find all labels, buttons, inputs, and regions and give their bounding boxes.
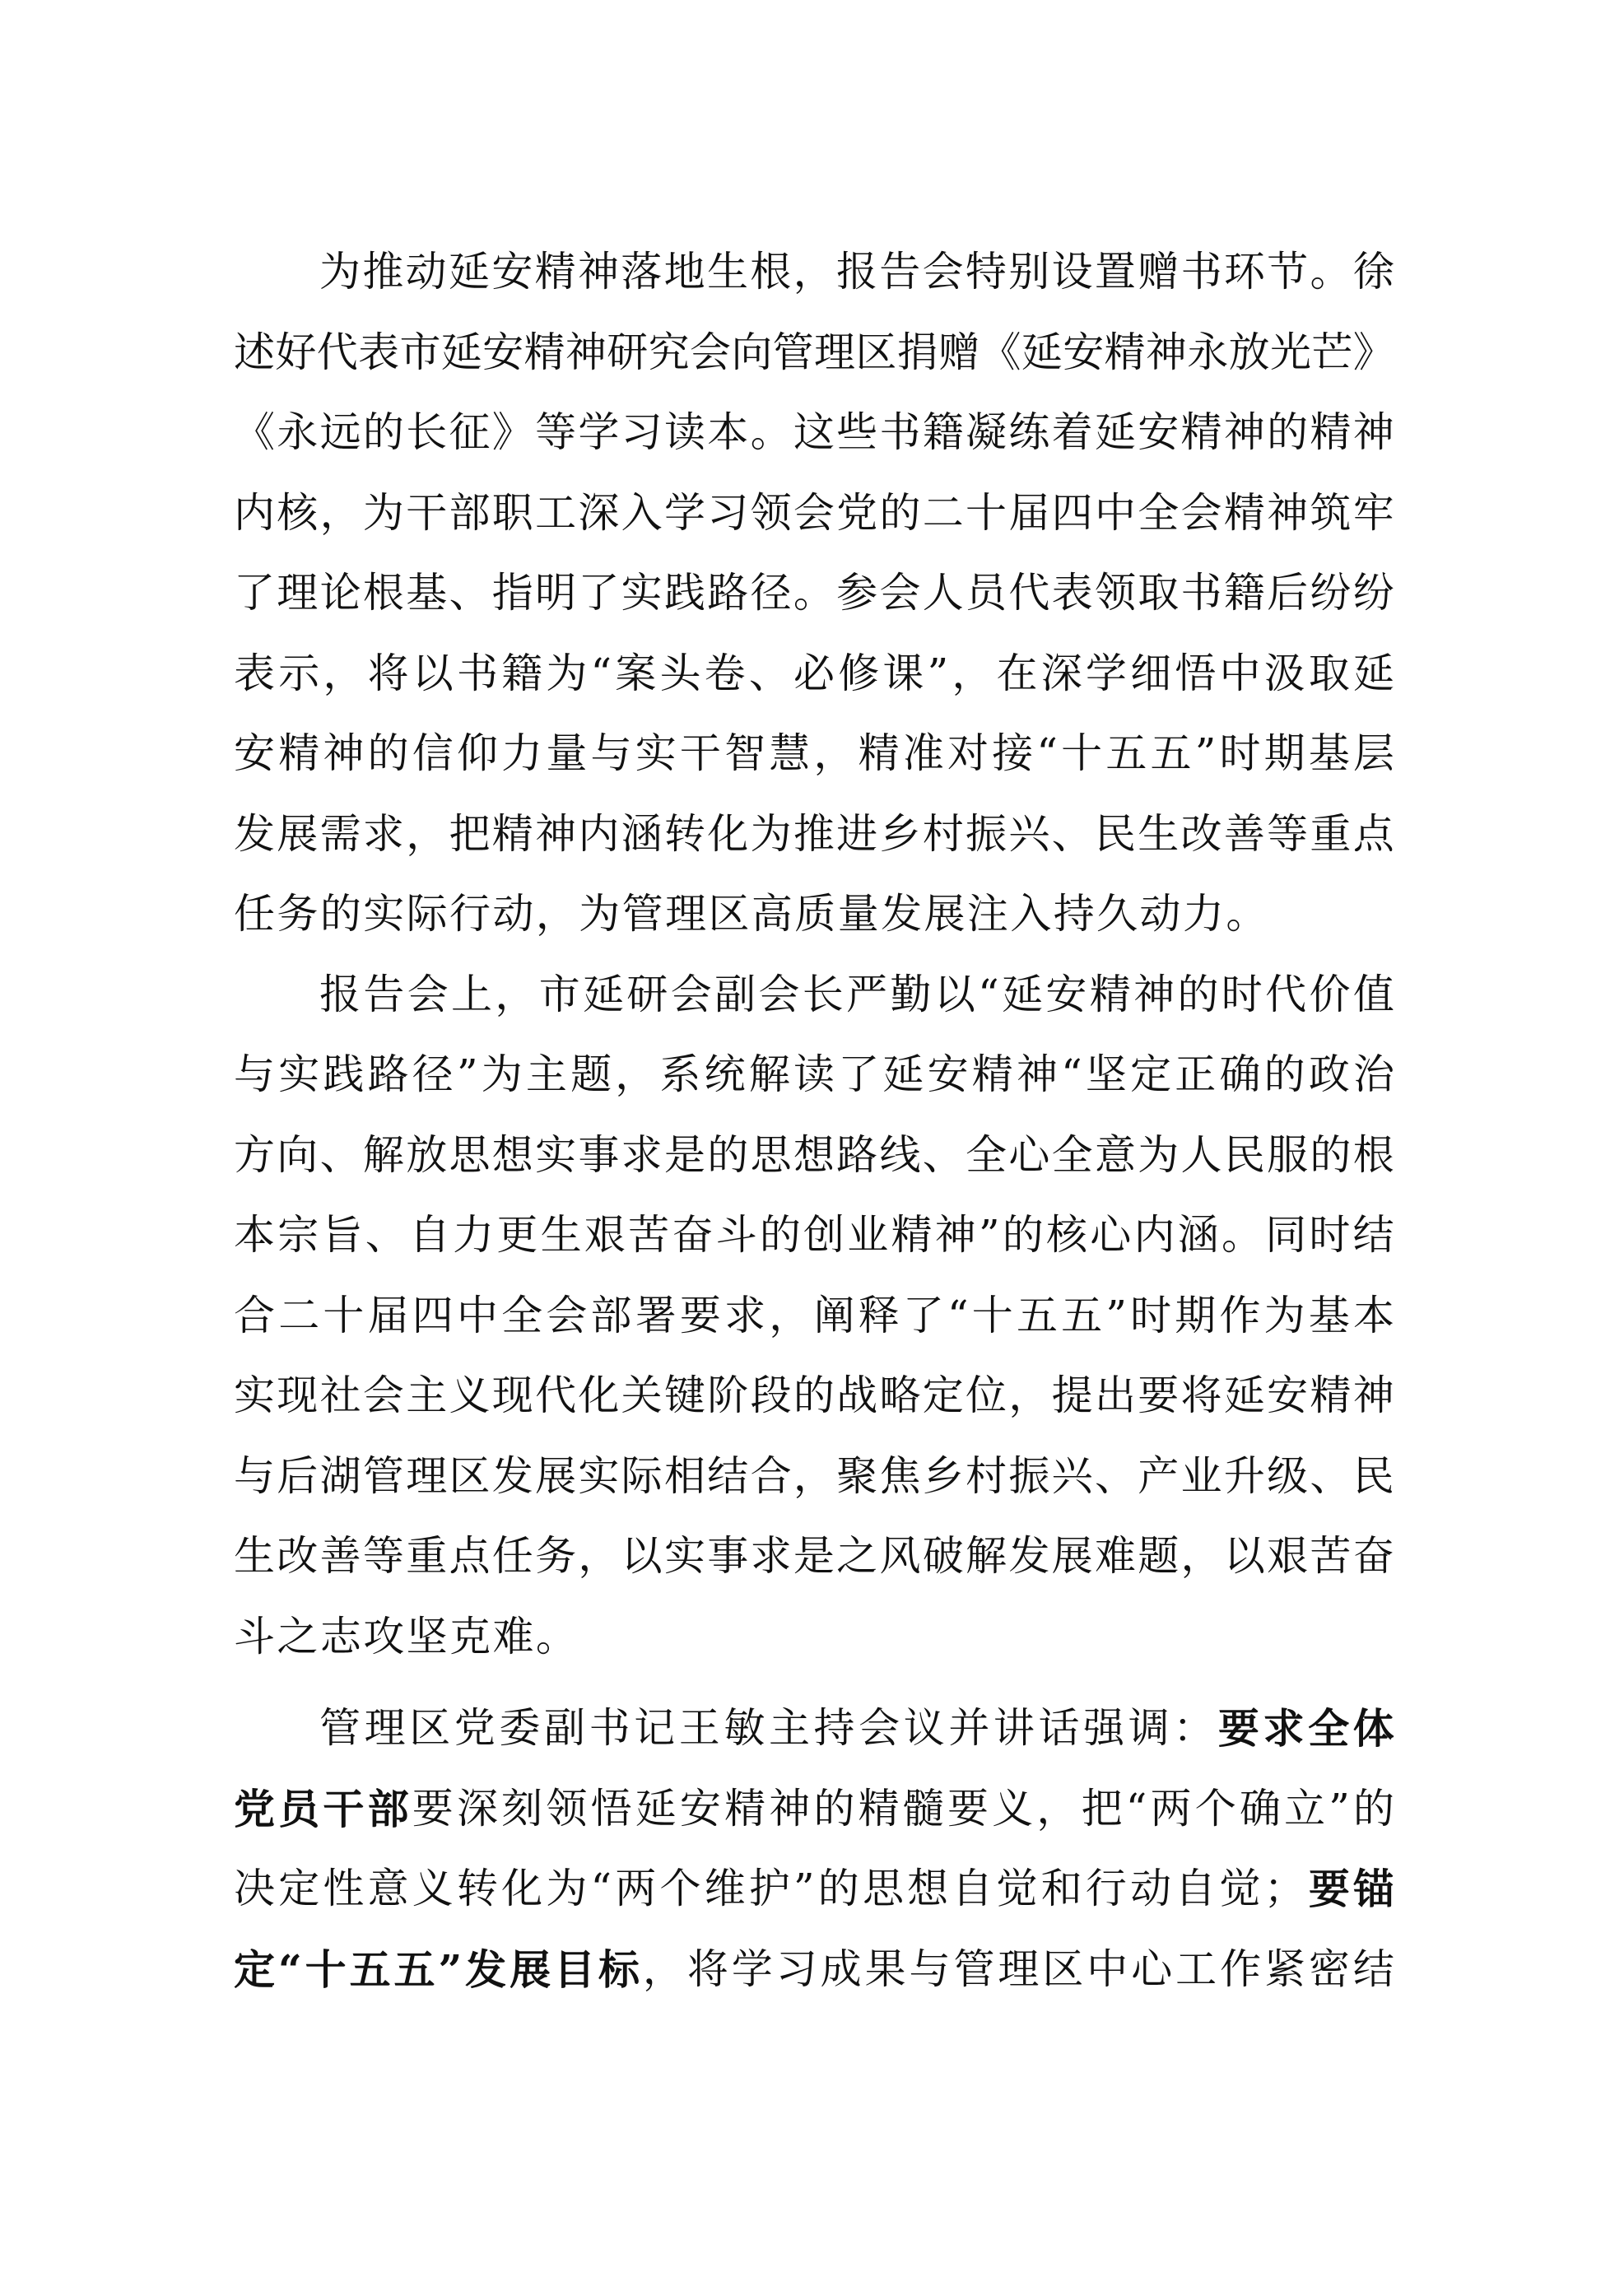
text-char: 焦 — [879, 1437, 920, 1517]
text-char: 的 — [793, 1356, 835, 1437]
text-char: 论 — [320, 553, 361, 634]
text-line: 为推动延安精神落地生根，报告会特别设置赠书环节。徐 — [234, 232, 1394, 313]
text-char: 高 — [752, 874, 794, 955]
text-char: 管 — [319, 1688, 361, 1769]
text-char: 思 — [751, 1115, 792, 1196]
text-char: 同 — [1265, 1195, 1306, 1276]
text-char: 永 — [277, 393, 318, 473]
text-char: 全 — [966, 1115, 1007, 1196]
text-char: 核 — [1046, 1195, 1087, 1276]
text-char: 坚 — [1086, 1035, 1127, 1115]
text-char: 解 — [363, 1115, 404, 1196]
text-char: 解 — [749, 1035, 790, 1115]
text-char: 义 — [412, 1849, 454, 1930]
text-char: 破 — [923, 1516, 964, 1597]
text-char: 的 — [1353, 1769, 1394, 1850]
text-char: 径 — [412, 1035, 454, 1115]
text-char: 战 — [836, 1356, 877, 1437]
bold-text-char: 十 — [305, 1930, 347, 2010]
text-char: 把 — [1082, 1769, 1123, 1850]
text-char: 力 — [501, 714, 542, 794]
text-char: 赠 — [1138, 232, 1179, 313]
text-char: 精 — [535, 232, 576, 313]
text-char: 求 — [621, 1115, 663, 1196]
text-char: 市 — [539, 955, 580, 1036]
text-char: 解 — [966, 1516, 1007, 1597]
text-line: 斗之志攻坚克难。 — [234, 1597, 1394, 1678]
text-char: 悟 — [1175, 634, 1216, 715]
text-char: 入 — [1010, 874, 1053, 955]
text-char: 转 — [664, 794, 705, 875]
bold-text-char: ” — [438, 1930, 462, 2010]
text-char: 之 — [836, 1516, 877, 1597]
text-char: 等 — [535, 393, 576, 473]
text-char: 理 — [365, 1688, 406, 1769]
text-char: 径 — [751, 553, 792, 634]
text-char: 四 — [1052, 473, 1093, 554]
text-char: 二 — [923, 473, 964, 554]
text-char: 的 — [320, 874, 363, 955]
text-char: 乡 — [923, 1437, 964, 1517]
text-char: 。 — [1221, 1195, 1263, 1276]
text-char: 定 — [1130, 1035, 1171, 1115]
text-char: 为 — [546, 1849, 587, 1930]
text-char: 结 — [1353, 1195, 1394, 1276]
text-char: 读 — [793, 1035, 835, 1115]
text-char: 点 — [1353, 794, 1394, 875]
text-char: 的 — [879, 473, 920, 554]
text-char: 心 — [1090, 1195, 1131, 1276]
text-char: 、 — [923, 1115, 964, 1196]
text-char: 和 — [1041, 1849, 1082, 1930]
text-char: 觉 — [997, 1849, 1038, 1930]
text-char: 期 — [1175, 1276, 1216, 1357]
text-char: 实 — [363, 874, 406, 955]
text-char: ， — [578, 1516, 619, 1597]
text-char: 根 — [750, 232, 791, 313]
text-char: 延 — [1353, 634, 1394, 715]
text-char: 求 — [751, 1516, 792, 1597]
document-body: 为推动延安精神落地生根，报告会特别设置赠书环节。徐述好代表市延安精神研究会向管理… — [234, 232, 1394, 2010]
text-char: 捐 — [897, 313, 938, 394]
text-char: 与 — [234, 1035, 275, 1115]
text-char: 力 — [1183, 874, 1226, 955]
text-char: 的 — [707, 1115, 748, 1196]
text-char: 旨 — [321, 1195, 362, 1276]
text-char: ” — [928, 634, 949, 715]
text-char: 聚 — [836, 1437, 877, 1517]
text-char: 长 — [406, 393, 447, 473]
text-line: 《永远的长征》等学习读本。这些书籍凝练着延安精神的精神 — [234, 393, 1394, 473]
text-char: 着 — [1052, 393, 1093, 473]
bold-text-char: 五 — [350, 1930, 391, 2010]
text-char: 。 — [536, 1597, 579, 1678]
text-line: 决定性意义转化为“两个维护”的思想自觉和行动自觉；要锚 — [234, 1849, 1394, 1930]
text-char: 安 — [680, 1769, 721, 1850]
text-char: 密 — [1309, 1930, 1350, 2010]
text-char: 修 — [838, 634, 879, 715]
text-char: 党 — [454, 1688, 496, 1769]
text-char: 内 — [1133, 1195, 1175, 1276]
text-char: 实 — [664, 1516, 705, 1597]
text-char: “ — [978, 955, 999, 1036]
text-char: 义 — [449, 1356, 490, 1437]
text-char: 些 — [836, 393, 877, 473]
text-char: 王 — [679, 1688, 720, 1769]
text-char: 以 — [412, 634, 454, 715]
text-char: 仰 — [457, 714, 498, 794]
text-char: 进 — [836, 794, 877, 875]
text-char: 服 — [1267, 1115, 1308, 1196]
text-char: 了 — [903, 1276, 944, 1357]
text-char: 籍 — [923, 393, 964, 473]
text-char: 实 — [234, 1356, 275, 1437]
text-char: 本 — [1353, 1276, 1394, 1357]
text-char: 会 — [923, 232, 964, 313]
text-char: ” — [1195, 714, 1217, 794]
text-char: 成 — [821, 1930, 862, 2010]
text-line: 述好代表市延安精神研究会向管理区捐赠《延安精神永放光芒》 — [234, 313, 1394, 394]
text-line: 安精神的信仰力量与实干智慧，精准对接“十五五”时期基层 — [234, 714, 1394, 794]
text-char: 神 — [1017, 1035, 1058, 1115]
text-char: 定 — [278, 1849, 319, 1930]
text-char: 五 — [1061, 1276, 1102, 1357]
text-char: 价 — [1309, 955, 1350, 1036]
text-char: 代 — [535, 1356, 576, 1437]
text-char: 主 — [769, 1688, 810, 1769]
text-char: 基 — [1309, 1276, 1350, 1357]
text-char: 书 — [589, 1688, 631, 1769]
text-char: 、 — [749, 634, 790, 715]
text-char: 会 — [407, 955, 449, 1036]
text-char: 精 — [859, 1769, 900, 1850]
text-char: 悟 — [591, 1769, 632, 1850]
text-char: 动 — [1140, 874, 1183, 955]
text-char: 》 — [492, 393, 533, 473]
text-char: 报 — [836, 232, 877, 313]
text-char: ， — [1036, 1769, 1077, 1850]
text-char: 十 — [966, 473, 1007, 554]
text-char: 作 — [1220, 1930, 1261, 2010]
text-char: 、 — [449, 553, 490, 634]
text-char: 读 — [664, 393, 705, 473]
text-char: 上 — [451, 955, 492, 1036]
text-char: 性 — [323, 1849, 364, 1930]
text-char: 生 — [707, 232, 748, 313]
bold-text-char: 锚 — [1353, 1849, 1394, 1930]
text-char: 、 — [1052, 794, 1093, 875]
text-char: “ — [1061, 1035, 1082, 1115]
document-page: 为推动延安精神落地生根，报告会特别设置赠书环节。徐述好代表市延安精神研究会向管理… — [0, 0, 1624, 2296]
text-char: 会 — [363, 1356, 404, 1437]
text-char: 路 — [836, 1115, 877, 1196]
text-char: ， — [495, 955, 536, 1036]
text-char: 自 — [1175, 1849, 1216, 1930]
text-char: 觉 — [1219, 1849, 1260, 1930]
paragraph: 管理区党委副书记王敏主持会议并讲话强调：要求全体党员干部要深刻领悟延安精神的精髓… — [234, 1688, 1394, 2010]
text-char: 践 — [664, 553, 705, 634]
text-char: ” — [1329, 1769, 1350, 1850]
text-char: 全 — [1052, 1115, 1093, 1196]
text-char: 等 — [363, 1516, 404, 1597]
text-char: 民 — [1353, 1437, 1394, 1517]
text-char: 深 — [457, 1769, 498, 1850]
text-char: 想 — [907, 1849, 948, 1930]
text-char: “ — [1036, 714, 1058, 794]
text-char: 实 — [535, 1115, 576, 1196]
text-char: 凝 — [966, 393, 1007, 473]
text-char: 管 — [953, 1930, 994, 2010]
text-char: 乡 — [879, 794, 920, 875]
text-char: 量 — [838, 874, 881, 955]
text-char: 为 — [546, 634, 587, 715]
text-char: 向 — [731, 313, 772, 394]
text-char: 际 — [407, 874, 449, 955]
text-char: 精 — [891, 1195, 933, 1276]
text-char: 神 — [323, 714, 364, 794]
text-char: 与 — [591, 714, 632, 794]
text-char: 护 — [749, 1849, 790, 1930]
text-char: 干 — [680, 714, 721, 794]
text-line: 表示，将以书籍为“案头卷、必修课”，在深学细悟中汲取延 — [234, 634, 1394, 715]
text-char: ； — [1264, 1849, 1305, 1930]
text-char: 践 — [323, 1035, 364, 1115]
text-char: 设 — [1052, 232, 1093, 313]
text-char: 书 — [1181, 232, 1222, 313]
text-char: 副 — [544, 1688, 585, 1769]
text-char: 的 — [368, 714, 409, 794]
text-char: 会 — [758, 955, 799, 1036]
text-char: 纷 — [1353, 553, 1394, 634]
bold-text-char: 要 — [1309, 1849, 1350, 1930]
text-char: 值 — [1353, 955, 1394, 1036]
text-char: “ — [947, 1276, 969, 1357]
text-char: 善 — [320, 1516, 361, 1597]
text-char: 心 — [1008, 1115, 1049, 1196]
text-char: 奋 — [672, 1195, 713, 1276]
text-char: 会 — [879, 553, 920, 634]
text-char: 为 — [482, 1035, 523, 1115]
text-char: 相 — [664, 1437, 705, 1517]
text-char: 研 — [626, 955, 668, 1036]
text-char: 把 — [449, 794, 490, 875]
text-char: 实 — [278, 1035, 319, 1115]
text-line: 党员干部要深刻领悟延安精神的精髓要义，把“两个确立”的 — [234, 1769, 1394, 1850]
text-char: 并 — [948, 1688, 989, 1769]
text-char: 的 — [1177, 955, 1218, 1036]
text-char: 两 — [615, 1849, 656, 1930]
text-char: 代 — [317, 313, 358, 394]
text-char: 内 — [234, 473, 275, 554]
text-char: 书 — [457, 634, 498, 715]
text-char: 村 — [923, 794, 964, 875]
text-char: 生 — [234, 1516, 275, 1597]
text-char: 紧 — [1264, 1930, 1305, 2010]
text-char: 安 — [234, 714, 275, 794]
text-char: 正 — [1175, 1035, 1216, 1115]
text-char: 定 — [923, 1356, 964, 1437]
text-char: 永 — [1187, 313, 1228, 394]
text-char: 光 — [1270, 313, 1311, 394]
text-char: 际 — [621, 1437, 663, 1517]
text-char: 的 — [1267, 393, 1308, 473]
text-char: 芒 — [1311, 313, 1352, 394]
text-char: 安 — [928, 1035, 969, 1115]
text-char: ， — [643, 1930, 684, 2010]
text-char: 远 — [320, 393, 361, 473]
text-char: 延 — [1095, 393, 1136, 473]
text-line: 实现社会主义现代化关键阶段的战略定位，提出要将延安精神 — [234, 1356, 1394, 1437]
text-char: 展 — [924, 874, 967, 955]
text-char: 转 — [457, 1849, 498, 1930]
text-char: 区 — [708, 874, 751, 955]
text-char: 、 — [320, 1115, 361, 1196]
text-char: 事 — [578, 1115, 619, 1196]
text-char: 实 — [635, 714, 677, 794]
text-char: 慧 — [769, 714, 810, 794]
text-char: 是 — [664, 1115, 705, 1196]
text-char: 特 — [966, 232, 1007, 313]
text-char: 主 — [406, 1356, 447, 1437]
text-char: 汲 — [1264, 634, 1305, 715]
text-char: 果 — [865, 1930, 906, 2010]
text-char: 根 — [363, 553, 404, 634]
text-char: 安 — [491, 232, 533, 313]
text-char: 神 — [1353, 1356, 1394, 1437]
text-line: 与实践路径”为主题，系统解读了延安精神“坚定正确的政治 — [234, 1035, 1394, 1115]
text-char: 兴 — [1052, 1437, 1093, 1517]
text-char: 的 — [1264, 1035, 1305, 1115]
text-char: “ — [591, 1849, 612, 1930]
text-char: 意 — [368, 1849, 409, 1930]
text-char: 精 — [1310, 1356, 1351, 1437]
text-char: 课 — [882, 634, 924, 715]
text-char: 推 — [793, 794, 835, 875]
text-char: 涵 — [1178, 1195, 1219, 1276]
text-char: 精 — [1310, 393, 1351, 473]
text-char: 代 — [1265, 955, 1306, 1036]
text-char: 精 — [724, 1769, 765, 1850]
text-char: ， — [536, 874, 579, 955]
text-char: 持 — [814, 1688, 855, 1769]
text-char: 升 — [1224, 1437, 1265, 1517]
text-char: 任 — [234, 874, 277, 955]
text-char: 会 — [546, 1276, 587, 1357]
bold-text-char: 体 — [1353, 1688, 1394, 1769]
text-char: ， — [813, 714, 854, 794]
bold-text-char: 要 — [1218, 1688, 1259, 1769]
text-char: 任 — [492, 1516, 533, 1597]
text-char: 接 — [992, 714, 1033, 794]
text-char: 信 — [412, 714, 454, 794]
text-char: 化 — [501, 1849, 542, 1930]
text-char: ， — [1008, 1356, 1049, 1437]
text-char: 五 — [1105, 714, 1147, 794]
text-char: 十 — [1061, 714, 1102, 794]
bold-text-char: 求 — [1263, 1688, 1304, 1769]
text-char: 延 — [1224, 1356, 1265, 1437]
text-char: 键 — [664, 1356, 705, 1437]
text-char: 段 — [751, 1356, 792, 1437]
text-char: 精 — [1090, 955, 1131, 1036]
text-char: 的 — [818, 1849, 859, 1930]
text-char: 要 — [680, 1276, 721, 1357]
text-char: 线 — [879, 1115, 920, 1196]
text-char: 环 — [1224, 232, 1265, 313]
text-char: 会 — [690, 313, 731, 394]
text-char: 落 — [621, 232, 662, 313]
text-char: 艰 — [1267, 1516, 1308, 1597]
text-char: 时 — [1221, 955, 1263, 1036]
text-char: 参 — [836, 553, 877, 634]
text-char: 要 — [1138, 1356, 1179, 1437]
text-char: 坚 — [407, 1597, 449, 1678]
text-char: 自 — [952, 1849, 993, 1930]
text-char: 行 — [449, 874, 492, 955]
text-char: ， — [1181, 1516, 1222, 1597]
text-char: 告 — [879, 232, 920, 313]
text-char: 中 — [1087, 1930, 1128, 2010]
text-char: 准 — [903, 714, 944, 794]
text-line: 方向、解放思想实事求是的思想路线、全心全意为人民服的根 — [234, 1115, 1394, 1196]
text-char: 决 — [234, 1849, 275, 1930]
text-char: 习 — [776, 1930, 817, 2010]
text-char: 与 — [234, 1437, 275, 1517]
text-char: 强 — [1083, 1688, 1124, 1769]
text-char: 心 — [1131, 1930, 1172, 2010]
text-char: 籍 — [1224, 553, 1265, 634]
text-char: 精 — [1105, 313, 1146, 394]
text-char: 题 — [570, 1035, 612, 1115]
text-char: 领 — [546, 1769, 587, 1850]
text-char: 究 — [649, 313, 690, 394]
text-line: 发展需求，把精神内涵转化为推进乡村振兴、民生改善等重点 — [234, 794, 1394, 875]
text-char: 的 — [363, 393, 404, 473]
text-char: 理 — [814, 313, 855, 394]
text-char: 理 — [665, 874, 708, 955]
text-char: 刻 — [501, 1769, 542, 1850]
text-char: 人 — [1181, 1115, 1222, 1196]
text-char: 筑 — [1310, 473, 1351, 554]
text-char: 中 — [1219, 634, 1260, 715]
text-char: 两 — [1151, 1769, 1192, 1850]
text-char: 延 — [583, 955, 624, 1036]
text-char: 将 — [368, 634, 409, 715]
text-char: 艰 — [584, 1195, 626, 1276]
text-char: 议 — [904, 1688, 945, 1769]
text-char: 习 — [621, 393, 663, 473]
text-char: 代 — [1008, 553, 1049, 634]
text-char: 精 — [278, 714, 319, 794]
text-char: 展 — [1052, 1516, 1093, 1597]
text-char: 涵 — [621, 794, 663, 875]
text-char: 思 — [863, 1849, 904, 1930]
text-char: 业 — [847, 1195, 888, 1276]
text-char: 风 — [879, 1516, 920, 1597]
text-char: 报 — [319, 955, 361, 1036]
text-char: 基 — [406, 553, 447, 634]
text-char: 兴 — [1008, 794, 1049, 875]
text-char: 确 — [1240, 1769, 1281, 1850]
text-char: “ — [591, 634, 612, 715]
text-char: 地 — [664, 232, 705, 313]
text-char: 安 — [1045, 955, 1087, 1036]
text-line: 与后湖管理区发展实际相结合，聚焦乡村振兴、产业升级、民 — [234, 1437, 1394, 1517]
text-char: 出 — [1095, 1356, 1136, 1437]
text-char: 路 — [707, 553, 748, 634]
text-char: 延 — [635, 1769, 677, 1850]
text-char: 对 — [947, 714, 989, 794]
